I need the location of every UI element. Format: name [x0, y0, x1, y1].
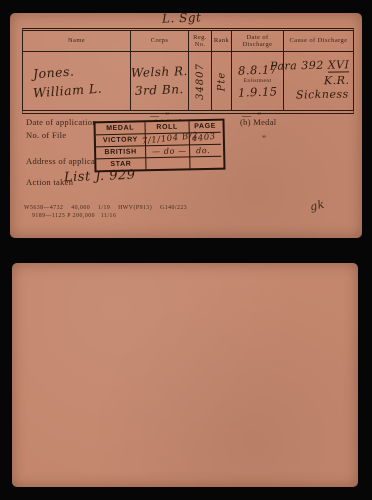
stamp-victory-roll-cell: 7/1/104 B/2: [146, 133, 190, 146]
record-table: Name Corps Reg. No. Rank Date of Dischar…: [22, 28, 354, 114]
printer-code-line2: 9189—1125 P 200,000 11/16: [32, 213, 116, 219]
cell-reg-no: 34807: [189, 52, 212, 110]
medal-index-card-front: L. Sgt Name Corps Reg. No. Rank Date of …: [10, 13, 362, 238]
corps-regiment-text: Welsh R.: [131, 62, 188, 82]
enlistment-date-text: 1.9.15: [237, 84, 277, 99]
stamp-star-roll-cell: [146, 157, 190, 169]
cell-rank: Pte: [212, 52, 232, 110]
cell-corps: Welsh R. 3rd Bn.: [131, 52, 189, 110]
medal-ditto-mark: ˮ: [262, 134, 266, 144]
medal-label: (b) Medal: [240, 117, 276, 127]
action-taken-value: List J. 929: [64, 168, 136, 185]
british-page-ditto: do.: [196, 146, 210, 155]
stamp-victory-label: VICTORY: [96, 134, 146, 147]
stamp-star-page-cell: [190, 157, 221, 169]
cause-paragraph-text: Para 392 XVI: [269, 58, 349, 74]
victory-page-number: 4403: [191, 132, 216, 145]
medal-roll-stamp: MEDAL ROLL PAGE VICTORY 7/1/104 B/2 4403…: [93, 119, 225, 173]
enlistment-label: Enlistment: [244, 78, 272, 84]
rank-annotation: L. Sgt: [162, 10, 202, 25]
column-header-rank: Rank: [212, 31, 232, 52]
rank-text: Pte: [216, 71, 227, 91]
cause-reason-text: Sickness: [296, 88, 349, 104]
kings-regulation-ref: XVI: [327, 58, 349, 72]
stamp-victory-page-cell: 4403: [190, 133, 221, 146]
printer-code-line1: W5638—4732 40,000 1/19 HWV(P913) G140/22…: [24, 205, 187, 211]
column-header-name: Name: [23, 31, 131, 52]
address-of-applicant-label: Address of applicant: [26, 156, 102, 166]
stamp-british-label: BRITISH: [96, 146, 146, 159]
british-roll-ditto: — do —: [152, 146, 187, 156]
corps-battalion-text: 3rd Bn.: [135, 80, 184, 100]
column-header-discharge-cause: Cause of Discharge: [284, 31, 353, 52]
column-header-corps: Corps: [131, 31, 189, 52]
kings-regulations-text: K.R.: [323, 73, 349, 88]
stamp-medal-header: MEDAL: [96, 122, 146, 135]
medal-index-card-back-blank: [12, 263, 358, 487]
column-header-reg-no: Reg. No.: [189, 31, 212, 52]
stamp-british-page-cell: do.: [190, 145, 221, 158]
column-header-discharge-date: Date of Discharge: [232, 31, 284, 52]
clerk-initials: gk: [309, 198, 326, 214]
service-number-text: 34807: [195, 63, 206, 100]
date-of-application-label: Date of application: [26, 117, 97, 127]
cell-name: Jones. William L.: [23, 52, 131, 110]
cause-para-number: Para 392: [269, 58, 323, 72]
no-of-file-label: No. of File: [26, 130, 66, 140]
stamp-british-roll-cell: — do —: [146, 145, 190, 158]
cell-discharge-cause: Para 392 XVI K.R. Sickness: [284, 52, 353, 110]
